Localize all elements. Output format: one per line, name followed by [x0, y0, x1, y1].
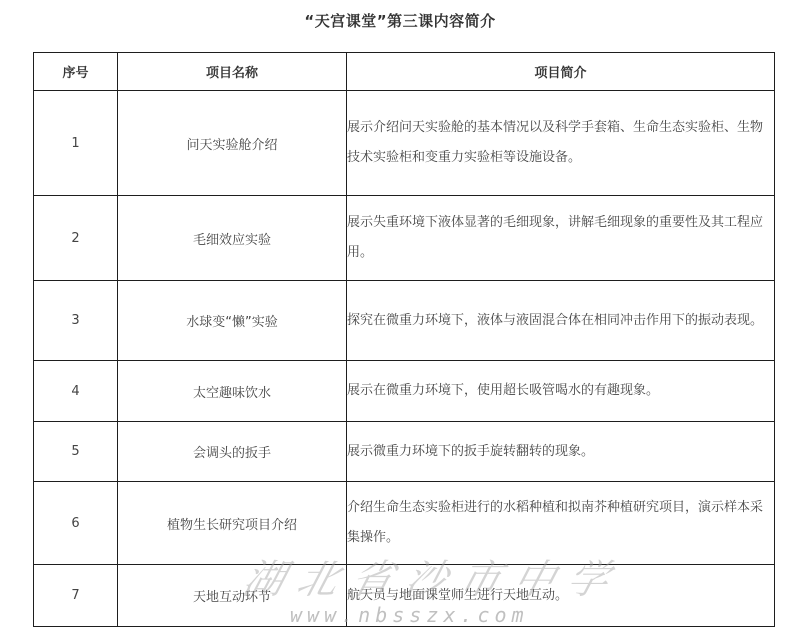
table-row: 4 太空趣味饮水 展示在微重力环境下，使用超长吸管喝水的有趣现象。 — [34, 361, 775, 422]
row-item-name: 毛细效应实验 — [118, 196, 347, 281]
row-item-name: 会调头的扳手 — [118, 422, 347, 482]
row-number: 5 — [34, 422, 118, 482]
header-item-description: 项目简介 — [347, 53, 775, 91]
row-item-description: 探究在微重力环境下，液体与液固混合体在相同冲击作用下的振动表现。 — [347, 281, 775, 361]
table-row: 1 问天实验舱介绍 展示介绍问天实验舱的基本情况以及科学手套箱、生命生态实验柜、… — [34, 91, 775, 196]
row-item-description: 展示微重力环境下的扳手旋转翻转的现象。 — [347, 422, 775, 482]
table-row: 3 水球变“懒”实验 探究在微重力环境下，液体与液固混合体在相同冲击作用下的振动… — [34, 281, 775, 361]
row-number: 6 — [34, 482, 118, 565]
row-item-description: 航天员与地面课堂师生进行天地互动。 — [347, 565, 775, 627]
page-title: “天宫课堂”第三课内容简介 — [0, 10, 800, 31]
row-item-name: 水球变“懒”实验 — [118, 281, 347, 361]
row-item-description: 展示在微重力环境下，使用超长吸管喝水的有趣现象。 — [347, 361, 775, 422]
table-header-row: 序号 项目名称 项目简介 — [34, 53, 775, 91]
row-item-description: 介绍生命生态实验柜进行的水稻种植和拟南芥种植研究项目，演示样本采集操作。 — [347, 482, 775, 565]
row-number: 4 — [34, 361, 118, 422]
row-item-description: 展示介绍问天实验舱的基本情况以及科学手套箱、生命生态实验柜、生物技术实验柜和变重… — [347, 91, 775, 196]
row-item-name: 天地互动环节 — [118, 565, 347, 627]
table-row: 5 会调头的扳手 展示微重力环境下的扳手旋转翻转的现象。 — [34, 422, 775, 482]
row-number: 2 — [34, 196, 118, 281]
row-item-name: 问天实验舱介绍 — [118, 91, 347, 196]
row-number: 1 — [34, 91, 118, 196]
header-item-name: 项目名称 — [118, 53, 347, 91]
row-number: 7 — [34, 565, 118, 627]
row-item-name: 太空趣味饮水 — [118, 361, 347, 422]
row-item-name: 植物生长研究项目介绍 — [118, 482, 347, 565]
header-number: 序号 — [34, 53, 118, 91]
row-number: 3 — [34, 281, 118, 361]
table-row: 2 毛细效应实验 展示失重环境下液体显著的毛细现象，讲解毛细现象的重要性及其工程… — [34, 196, 775, 281]
table-row: 6 植物生长研究项目介绍 介绍生命生态实验柜进行的水稻种植和拟南芥种植研究项目，… — [34, 482, 775, 565]
row-item-description: 展示失重环境下液体显著的毛细现象，讲解毛细现象的重要性及其工程应用。 — [347, 196, 775, 281]
table-row: 7 天地互动环节 航天员与地面课堂师生进行天地互动。 — [34, 565, 775, 627]
content-table: 序号 项目名称 项目简介 1 问天实验舱介绍 展示介绍问天实验舱的基本情况以及科… — [33, 52, 775, 627]
